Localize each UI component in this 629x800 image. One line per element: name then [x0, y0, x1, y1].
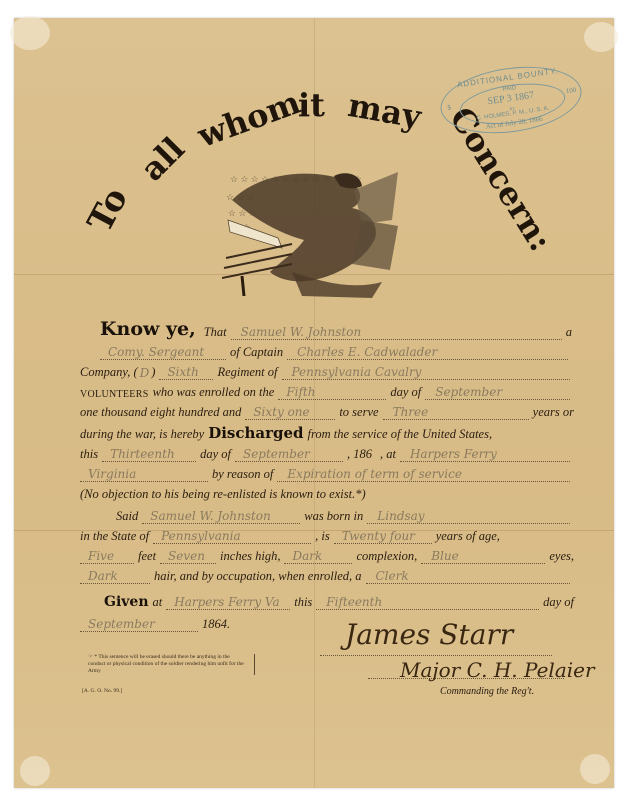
order-number: [A. G. O. No. 99.] [82, 688, 122, 694]
label-regiment-of: Regiment of [217, 365, 277, 380]
label-company-close: ) [151, 365, 155, 380]
label-enrolled: who was enrolled on the [153, 385, 275, 400]
enrolled-day-field: Fifth [278, 385, 386, 400]
complexion-field: Dark [284, 549, 352, 564]
stamp-amount: 100 [565, 86, 577, 95]
pointing-hand-icon: ☞ [88, 654, 93, 660]
label-state-of: in the State of [80, 529, 149, 544]
birth-state-field: Pennsylvania [153, 529, 311, 544]
signature-2: Major C. H. Pelaier [400, 658, 595, 682]
given-place-field: Harpers Ferry Va [166, 595, 290, 610]
captain-name-field: Charles E. Cadwalader [287, 345, 568, 360]
label-given-day-of: day of [543, 595, 574, 610]
line-given-month: September 1864. [80, 614, 280, 632]
label-at: , at [380, 447, 396, 462]
said-name-field: Samuel W. Johnston [142, 509, 300, 524]
label-article: a [566, 325, 572, 340]
service-years-field: Three [383, 405, 529, 420]
discharge-state-field: Virginia [80, 467, 208, 482]
hair-field: Dark [80, 569, 150, 584]
line-discharge-date: this Thirteenth day of September , 186 ,… [80, 444, 574, 462]
corner-wear [580, 754, 610, 784]
label-given-this: this [294, 595, 312, 610]
given-year-field: 1864. [202, 617, 230, 632]
discharge-month-field: September [235, 447, 343, 462]
label-said: Said [116, 509, 138, 524]
signature-line [320, 655, 552, 656]
given-heading: Given [104, 594, 149, 610]
height-inches-field: Seven [160, 549, 216, 564]
title-word: it [298, 86, 325, 124]
label-born-in: was born in [304, 509, 363, 524]
line-physical: Five feet Seven inches high, Dark comple… [80, 546, 574, 564]
line-hair-occupation: Dark hair, and by occupation, when enrol… [80, 566, 574, 584]
label-hair-occupation: hair, and by occupation, when enrolled, … [154, 569, 362, 584]
commanding-label: Commanding the Reg't. [440, 686, 534, 697]
discharge-day-field: Thirteenth [102, 447, 196, 462]
corner-wear [20, 756, 50, 786]
label-by-reason: by reason of [212, 467, 273, 482]
regiment-number-field: Sixth [159, 365, 213, 380]
label-year-186: , 186 [347, 447, 372, 462]
height-feet-field: Five [80, 549, 134, 564]
enrolled-year-field: Sixty one [245, 405, 335, 420]
label-years-or: years or [533, 405, 574, 420]
know-ye-heading: Know ye, [100, 318, 196, 340]
soldier-name-field: Samuel W. Johnston [231, 325, 562, 340]
label-from-service: from the service of the United States, [308, 427, 493, 442]
eagle-vignette-icon: ☆ ☆ ☆ ☆ ☆ ☆ ☆ ☆ ☆ ☆ ☆ ☆ ☆ ☆ ☆ ☆ ☆ ☆ ☆ ☆ … [222, 160, 398, 300]
footnote: ☞ * This sentence will be erased should … [88, 654, 255, 675]
signature-1: James Starr [345, 618, 513, 651]
label-day-of: day of [390, 385, 421, 400]
line-enrolled-year: one thousand eight hundred and Sixty one… [80, 402, 574, 420]
no-objection-note: (No objection to his being re-enlisted i… [80, 487, 366, 502]
label-years-of-age: years of age, [436, 529, 500, 544]
footnote-text: * This sentence will be erased should th… [88, 654, 244, 674]
label-feet: feet [138, 549, 156, 564]
line-soldier-name: Know ye, That Samuel W. Johnston a [100, 322, 572, 340]
company-letter-field: D [138, 366, 152, 380]
discharged-heading: Discharged [208, 424, 303, 442]
occupation-field: Clerk [366, 569, 571, 584]
line-discharged: during the war, is hereby Discharged fro… [80, 424, 574, 442]
label-inches-high: inches high, [220, 549, 280, 564]
label-given-at: at [153, 595, 163, 610]
label-that: That [204, 325, 227, 340]
label-to-serve: to serve [339, 405, 378, 420]
line-reason: Virginia by reason of Expiration of term… [80, 464, 574, 482]
line-rank-captain: Comy. Sergeant of Captain Charles E. Cad… [100, 342, 572, 360]
label-during-war: during the war, is hereby [80, 427, 204, 442]
stamp-dollar: $ [447, 103, 452, 111]
eyes-field: Blue [421, 549, 545, 564]
label-eyes: eyes, [549, 549, 574, 564]
regiment-name-field: Pennsylvania Cavalry [282, 365, 571, 380]
given-day-field: Fifteenth [316, 595, 539, 610]
label-day-of: day of [200, 447, 231, 462]
line-birthplace: Said Samuel W. Johnston was born in Lind… [80, 506, 574, 524]
label-complexion: complexion, [356, 549, 417, 564]
line-state-age: in the State of Pennsylvania , is Twenty… [80, 526, 574, 544]
line-enrolled: VOLUNTEERS who was enrolled on the Fifth… [80, 382, 574, 400]
reason-field: Expiration of term of service [277, 467, 570, 482]
label-year-prefix: one thousand eight hundred and [80, 405, 241, 420]
label-this: this [80, 447, 98, 462]
given-month-field: September [80, 617, 198, 632]
label-of-captain: of Captain [230, 345, 283, 360]
line-given: Given at Harpers Ferry Va this Fifteenth… [80, 592, 574, 610]
line-company-regiment: Company, ( D ) Sixth Regiment of Pennsyl… [80, 362, 574, 380]
corner-wear [10, 16, 50, 50]
label-company: Company, ( [80, 365, 138, 380]
age-field: Twenty four [334, 529, 432, 544]
enrolled-month-field: September [425, 385, 570, 400]
corner-wear [584, 22, 618, 52]
rank-field: Comy. Sergeant [100, 345, 226, 360]
line-no-objection: (No objection to his being re-enlisted i… [80, 484, 574, 502]
discharge-place-field: Harpers Ferry [400, 447, 570, 462]
label-volunteers: VOLUNTEERS [80, 389, 149, 400]
birthplace-field: Lindsay [367, 509, 570, 524]
label-is: , is [315, 529, 330, 544]
